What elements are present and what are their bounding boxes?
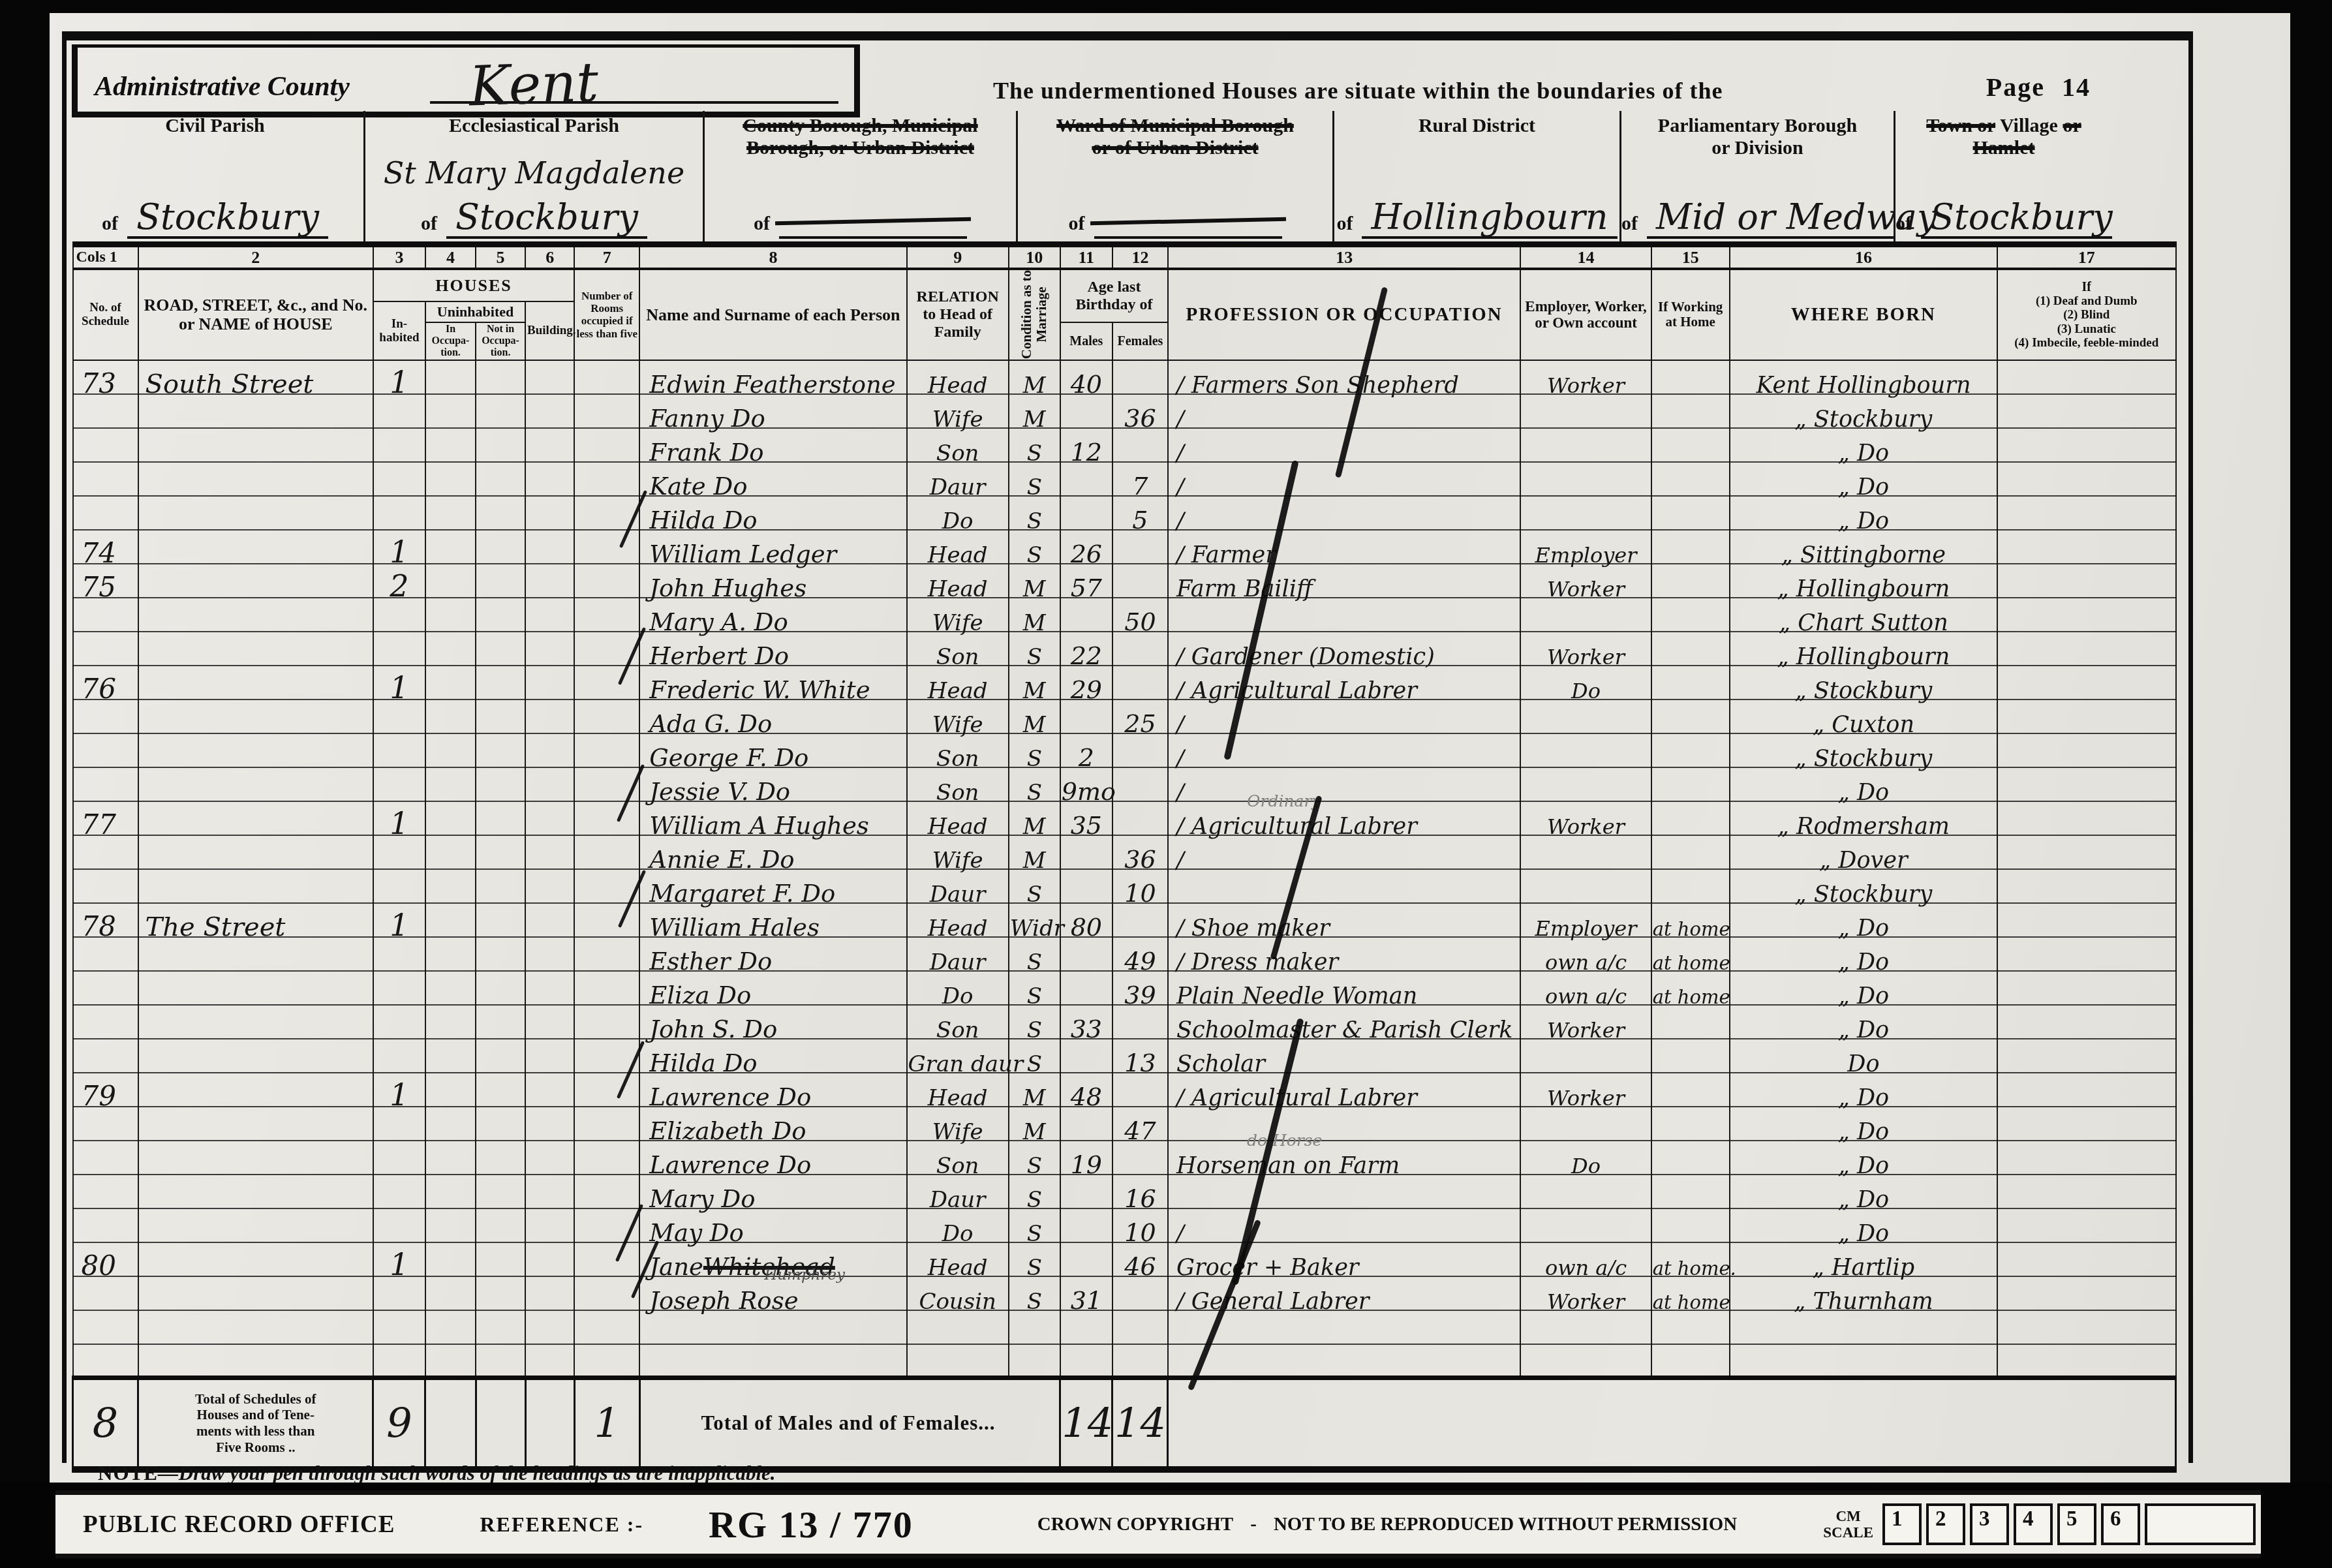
cell-in-occupation	[425, 801, 476, 835]
cell-where-born: „ Do	[1730, 1208, 1997, 1242]
cell-age-female	[1112, 564, 1168, 598]
cell-occupation: ∕	[1168, 699, 1521, 733]
cell-occupation	[1168, 1175, 1521, 1208]
cell-at-home	[1651, 598, 1730, 632]
cell-schedule	[73, 428, 138, 462]
cell-condition: S	[1009, 1276, 1060, 1310]
cell-age-female: 36	[1112, 394, 1168, 428]
cell-in-occupation	[425, 360, 476, 394]
admin-county-label: Administrative County	[95, 71, 350, 102]
cell-where-born	[1730, 1310, 1997, 1344]
cell-road	[138, 801, 373, 835]
cell-building	[525, 1242, 574, 1276]
cell-rooms	[574, 360, 639, 394]
cell-condition: S	[1009, 869, 1060, 903]
cell-occupation: Scholar	[1168, 1039, 1521, 1073]
header-rooms: Number of Rooms occupied if less than fi…	[574, 269, 639, 360]
cell-schedule	[73, 835, 138, 869]
cell-at-home	[1651, 632, 1730, 666]
column-number-row: Cols 1234567891011121314151617	[73, 245, 2176, 269]
cell-age-male: 2	[1060, 733, 1112, 767]
cell-building	[525, 767, 574, 801]
cell-age-female: 50	[1112, 598, 1168, 632]
cell-name	[639, 1310, 906, 1344]
cell-occupation: ∕ Shoe maker	[1168, 903, 1521, 937]
column-number: 6	[525, 245, 574, 269]
cell-in-occupation	[425, 496, 476, 530]
cell-age-male	[1060, 869, 1112, 903]
cell-name	[639, 1344, 906, 1378]
cell-inhabited	[373, 428, 425, 462]
census-table: Cols 1234567891011121314151617 No. of Sc…	[72, 241, 2177, 1473]
cell-infirmity	[1997, 1073, 2175, 1107]
cell-name: John Hughes	[639, 564, 906, 598]
cell-not-in-occupation	[476, 971, 525, 1005]
cell-relation	[907, 1310, 1009, 1344]
cell-name: Esther Do	[639, 937, 906, 971]
cell-not-in-occupation	[476, 1107, 525, 1141]
cell-in-occupation	[425, 1310, 476, 1344]
cell-age-female	[1112, 801, 1168, 835]
cell-condition: M	[1009, 835, 1060, 869]
cell-occupation: ∕ Agricultural Labrer	[1168, 1073, 1521, 1107]
cell-condition: Widr	[1009, 903, 1060, 937]
cell-road	[138, 428, 373, 462]
district-value: Stockbury	[1921, 200, 2112, 239]
cell-at-home	[1651, 428, 1730, 462]
district-county-borough: County Borough, MunicipalBorough, or Urb…	[703, 111, 1016, 241]
cell-in-occupation	[425, 394, 476, 428]
cell-employment: own a/c	[1520, 937, 1651, 971]
cell-where-born: „ Hollingbourn	[1730, 632, 1997, 666]
cell-age-male: 29	[1060, 666, 1112, 699]
cell-age-male: 33	[1060, 1005, 1112, 1039]
cell-relation: Wife	[907, 1107, 1009, 1141]
cell-name: Herbert Do	[639, 632, 906, 666]
cell-rooms	[574, 733, 639, 767]
cell-relation: Head	[907, 1242, 1009, 1276]
district-value: Mid or Medway	[1647, 200, 1894, 239]
header-inhabited: In- habited	[373, 301, 425, 360]
cell-road	[138, 564, 373, 598]
cell-where-born: „ Stockbury	[1730, 869, 1997, 903]
cm-scale-label: CMSCALE	[1823, 1508, 1873, 1541]
cell-building	[525, 564, 574, 598]
cell-rooms	[574, 835, 639, 869]
cell-not-in-occupation	[476, 1039, 525, 1073]
cell-inhabited	[373, 835, 425, 869]
cell-infirmity	[1997, 903, 2175, 937]
cell-at-home	[1651, 1344, 1730, 1378]
cell-schedule	[73, 971, 138, 1005]
column-number: 16	[1730, 245, 1997, 269]
cell-occupation: ∕	[1168, 394, 1521, 428]
totals-schedule: 8	[73, 1378, 138, 1469]
cell-where-born: Kent Hollingbourn	[1730, 360, 1997, 394]
cell-building	[525, 632, 574, 666]
cell-not-in-occupation	[476, 1141, 525, 1175]
cell-not-in-occupation	[476, 666, 525, 699]
cell-relation: Head	[907, 360, 1009, 394]
cell-road	[138, 394, 373, 428]
header-where-born: WHERE BORN	[1730, 269, 1997, 360]
cell-not-in-occupation	[476, 767, 525, 801]
cell-not-in-occupation	[476, 1005, 525, 1039]
cell-building	[525, 1310, 574, 1344]
cell-condition: M	[1009, 598, 1060, 632]
cell-condition: S	[1009, 1039, 1060, 1073]
cell-employment	[1520, 496, 1651, 530]
cell-employment: Worker	[1520, 1005, 1651, 1039]
of-label: of	[1336, 213, 1353, 239]
table-row: 801Jane WhiteheadHumphreyHeadS46Grocer +…	[73, 1242, 2176, 1276]
cell-not-in-occupation	[476, 462, 525, 496]
cell-relation: Son	[907, 428, 1009, 462]
cell-age-male	[1060, 699, 1112, 733]
cell-at-home	[1651, 869, 1730, 903]
cell-age-male	[1060, 1175, 1112, 1208]
column-number: 4	[425, 245, 476, 269]
cell-in-occupation	[425, 937, 476, 971]
cell-road	[138, 1344, 373, 1378]
cell-age-male	[1060, 1310, 1112, 1344]
cell-age-male: 80	[1060, 903, 1112, 937]
cell-inhabited	[373, 394, 425, 428]
cell-condition: S	[1009, 733, 1060, 767]
header-uninhabited: Uninhabited	[425, 301, 525, 322]
cell-at-home	[1651, 530, 1730, 564]
cell-employment	[1520, 1039, 1651, 1073]
cell-employment: Worker	[1520, 1073, 1651, 1107]
of-label: of	[102, 213, 118, 239]
of-label: of	[1895, 213, 1912, 239]
table-row: John S. DoSonS33Schoolmaster & Parish Cl…	[73, 1005, 2176, 1039]
header-employer: Employer, Worker, or Own account	[1520, 269, 1651, 360]
cell-occupation: ∕	[1168, 835, 1521, 869]
cell-in-occupation	[425, 1073, 476, 1107]
totals-building	[525, 1378, 574, 1469]
cell-at-home	[1651, 767, 1730, 801]
column-number: 13	[1168, 245, 1521, 269]
cell-relation: Wife	[907, 598, 1009, 632]
cell-relation: Head	[907, 801, 1009, 835]
cell-name: George F. Do	[639, 733, 906, 767]
cell-road	[138, 937, 373, 971]
cell-condition: M	[1009, 1073, 1060, 1107]
footer-copyright: CROWN COPYRIGHT	[1037, 1514, 1233, 1535]
cell-age-male: 19	[1060, 1141, 1112, 1175]
cell-employment	[1520, 462, 1651, 496]
district-label: County Borough, MunicipalBorough, or Urb…	[705, 115, 1016, 159]
districts-band: Civil ParishofStockburyEcclesiastical Pa…	[67, 111, 2179, 241]
cell-name: Fanny Do	[639, 394, 906, 428]
cell-condition: S	[1009, 632, 1060, 666]
cell-at-home	[1651, 496, 1730, 530]
header-females: Females	[1112, 322, 1168, 360]
cell-where-born: „ Dover	[1730, 835, 1997, 869]
cell-occupation	[1168, 598, 1521, 632]
cell-name: Annie E. Do	[639, 835, 906, 869]
cell-name: Margaret F. Do	[639, 869, 906, 903]
cell-infirmity	[1997, 360, 2175, 394]
column-number: Cols 1	[73, 245, 138, 269]
cell-occupation: ∕ Agricultural LabrerOrdinary	[1168, 801, 1521, 835]
column-number: 14	[1520, 245, 1651, 269]
cell-inhabited	[373, 699, 425, 733]
cell-not-in-occupation	[476, 530, 525, 564]
cell-relation: Head	[907, 1073, 1009, 1107]
cell-name: Elizabeth Do	[639, 1107, 906, 1141]
table-row: Joseph RoseCousinS31∕ General LabrerWork…	[73, 1276, 2176, 1310]
cell-age-male	[1060, 1208, 1112, 1242]
table-row: 752John HughesHeadM57Farm BailiffWorker„…	[73, 564, 2176, 598]
cell-at-home	[1651, 394, 1730, 428]
cell-age-male: 9mo	[1060, 767, 1112, 801]
cell-inhabited	[373, 1310, 425, 1344]
cell-where-born: „ Do	[1730, 767, 1997, 801]
cell-where-born: „ Do	[1730, 903, 1997, 937]
cell-not-in-occupation	[476, 835, 525, 869]
cell-relation: Daur	[907, 869, 1009, 903]
footer-cm-scale: CMSCALE 123456	[1823, 1503, 2256, 1545]
cell-employment: Employer	[1520, 530, 1651, 564]
cell-employment	[1520, 869, 1651, 903]
cell-schedule	[73, 733, 138, 767]
cell-where-born: „ Chart Sutton	[1730, 598, 1997, 632]
cell-inhabited: 1	[373, 360, 425, 394]
cell-infirmity	[1997, 1208, 2175, 1242]
cell-age-female	[1112, 767, 1168, 801]
cell-condition: M	[1009, 360, 1060, 394]
district-ward: Ward of Municipal Boroughor of Urban Dis…	[1016, 111, 1332, 241]
admin-county-box: Administrative County Kent	[72, 44, 860, 117]
cell-in-occupation	[425, 767, 476, 801]
cell-where-born: „ Do	[1730, 1073, 1997, 1107]
cell-inhabited: 1	[373, 903, 425, 937]
district-value: Stockbury	[446, 200, 647, 239]
cell-schedule	[73, 767, 138, 801]
cell-road	[138, 666, 373, 699]
cell-name: John S. Do	[639, 1005, 906, 1039]
column-number: 11	[1060, 245, 1112, 269]
cell-schedule	[73, 632, 138, 666]
district-label: Civil Parish	[67, 115, 363, 137]
cell-infirmity	[1997, 869, 2175, 903]
cell-name: Frederic W. White	[639, 666, 906, 699]
cell-not-in-occupation	[476, 1073, 525, 1107]
cell-name: Lawrence Do	[639, 1073, 906, 1107]
cell-inhabited	[373, 462, 425, 496]
header-infirmity-title: If	[1999, 280, 2173, 294]
cell-employment: Employer	[1520, 903, 1651, 937]
cell-age-female: 25	[1112, 699, 1168, 733]
cell-not-in-occupation	[476, 496, 525, 530]
cell-building	[525, 360, 574, 394]
cell-infirmity	[1997, 1276, 2175, 1310]
cell-name: Jane WhiteheadHumphrey	[639, 1242, 906, 1276]
table-row: Herbert DoSonS22∕ Gardener (Domestic)Wor…	[73, 632, 2176, 666]
cell-inhabited	[373, 869, 425, 903]
cell-not-in-occupation	[476, 733, 525, 767]
cell-employment: Worker	[1520, 360, 1651, 394]
table-header: Cols 1234567891011121314151617 No. of Sc…	[73, 245, 2176, 360]
cell-age-male: 12	[1060, 428, 1112, 462]
cell-at-home	[1651, 801, 1730, 835]
cell-relation: Son	[907, 1005, 1009, 1039]
cell-condition: M	[1009, 699, 1060, 733]
table-row: Eliza DoDoS39Plain Needle Womanown a/cat…	[73, 971, 2176, 1005]
cell-road	[138, 971, 373, 1005]
header-condition: Condition as to Marriage	[1009, 269, 1060, 360]
cell-inhabited	[373, 767, 425, 801]
cell-not-in-occupation	[476, 598, 525, 632]
cell-where-born	[1730, 1344, 1997, 1378]
cell-inhabited	[373, 1005, 425, 1039]
situate-line: The undermentioned Houses are situate wi…	[993, 77, 1723, 104]
cell-relation: Son	[907, 1141, 1009, 1175]
cell-schedule: 79	[73, 1073, 138, 1107]
cell-building	[525, 699, 574, 733]
cell-age-male: 57	[1060, 564, 1112, 598]
cell-infirmity	[1997, 564, 2175, 598]
cell-name: William A Hughes	[639, 801, 906, 835]
cell-occupation: ∕	[1168, 1208, 1521, 1242]
cell-rooms	[574, 903, 639, 937]
cell-employment	[1520, 1175, 1651, 1208]
cell-infirmity	[1997, 598, 2175, 632]
cell-at-home: at home	[1651, 1276, 1730, 1310]
cell-employment: Worker	[1520, 1276, 1651, 1310]
page-value: 14	[2062, 72, 2091, 102]
cell-where-born: „ Thurnham	[1730, 1276, 1997, 1310]
cell-building	[525, 1344, 574, 1378]
cell-infirmity	[1997, 1039, 2175, 1073]
cell-rooms	[574, 1276, 639, 1310]
cell-condition: M	[1009, 564, 1060, 598]
cell-not-in-occupation	[476, 1208, 525, 1242]
cell-employment: own a/c	[1520, 971, 1651, 1005]
cell-employment	[1520, 1107, 1651, 1141]
table-row: 791Lawrence DoHeadM48∕ Agricultural Labr…	[73, 1073, 2176, 1107]
cell-road	[138, 767, 373, 801]
cm-scale-ticks: 123456	[1882, 1503, 2256, 1545]
archive-footer-strip: PUBLIC RECORD OFFICE REFERENCE :- RG 13 …	[55, 1490, 2261, 1558]
header-houses: HOUSES	[373, 269, 574, 301]
cell-schedule	[73, 1107, 138, 1141]
cell-age-female	[1112, 360, 1168, 394]
cell-name: Mary A. Do	[639, 598, 906, 632]
district-ecclesiastical-parish: Ecclesiastical ParishSt Mary Magdaleneof…	[363, 111, 703, 241]
table-row: Frank DoSonS12∕„ Do	[73, 428, 2176, 462]
cell-inhabited: 1	[373, 801, 425, 835]
cell-road	[138, 1208, 373, 1242]
cell-rooms	[574, 1005, 639, 1039]
cell-not-in-occupation	[476, 564, 525, 598]
cell-where-born: „ Do	[1730, 971, 1997, 1005]
district-value	[779, 205, 967, 239]
cell-road	[138, 1141, 373, 1175]
cell-building	[525, 1039, 574, 1073]
cell-condition: S	[1009, 428, 1060, 462]
cell-in-occupation	[425, 462, 476, 496]
cell-at-home	[1651, 699, 1730, 733]
cell-employment	[1520, 1310, 1651, 1344]
cell-inhabited	[373, 1039, 425, 1073]
cell-not-in-occupation	[476, 1175, 525, 1208]
cell-rooms	[574, 598, 639, 632]
totals-section: 8 Total of Schedules ofHouses and of Ten…	[73, 1378, 2176, 1469]
footer-band: PUBLIC RECORD OFFICE REFERENCE :- RG 13 …	[0, 1483, 2332, 1568]
cell-name: Frank Do	[639, 428, 906, 462]
cell-age-female: 5	[1112, 496, 1168, 530]
cell-at-home	[1651, 1073, 1730, 1107]
cell-infirmity	[1997, 699, 2175, 733]
district-value: Stockbury	[127, 200, 328, 239]
cell-in-occupation	[425, 1208, 476, 1242]
cell-relation: Do	[907, 1208, 1009, 1242]
cell-at-home	[1651, 564, 1730, 598]
cell-in-occupation	[425, 530, 476, 564]
cell-building	[525, 530, 574, 564]
district-label: Ward of Municipal Boroughor of Urban Dis…	[1018, 115, 1332, 159]
cell-infirmity	[1997, 801, 2175, 835]
cell-rooms	[574, 801, 639, 835]
cell-in-occupation	[425, 971, 476, 1005]
cell-occupation: Grocer + Baker	[1168, 1242, 1521, 1276]
cell-rooms	[574, 1208, 639, 1242]
cell-employment	[1520, 598, 1651, 632]
cell-building	[525, 1208, 574, 1242]
cell-not-in-occupation	[476, 1310, 525, 1344]
header-profession: PROFESSION OR OCCUPATION	[1168, 269, 1521, 360]
cell-condition: S	[1009, 1242, 1060, 1276]
cell-age-female	[1112, 1073, 1168, 1107]
cell-road	[138, 1310, 373, 1344]
cell-where-born: „ Stockbury	[1730, 394, 1997, 428]
column-number: 15	[1651, 245, 1730, 269]
cell-rooms	[574, 971, 639, 1005]
cell-relation: Head	[907, 564, 1009, 598]
cell-road	[138, 869, 373, 903]
cell-infirmity	[1997, 1141, 2175, 1175]
cell-schedule: 78	[73, 903, 138, 937]
cell-at-home	[1651, 1310, 1730, 1344]
cell-rooms	[574, 937, 639, 971]
cell-not-in-occupation	[476, 1242, 525, 1276]
cell-relation: Gran daur	[907, 1039, 1009, 1073]
cell-schedule	[73, 1310, 138, 1344]
cell-age-female: 13	[1112, 1039, 1168, 1073]
cell-age-male: 35	[1060, 801, 1112, 835]
cell-schedule	[73, 1208, 138, 1242]
column-number: 9	[907, 245, 1009, 269]
cell-schedule	[73, 496, 138, 530]
district-parliamentary-borough: Parliamentary Boroughor DivisionofMid or…	[1619, 111, 1894, 241]
cell-infirmity	[1997, 1005, 2175, 1039]
cell-schedule: 73	[73, 360, 138, 394]
cell-occupation	[1168, 1344, 1521, 1378]
cell-schedule: 74	[73, 530, 138, 564]
cell-where-born: Do	[1730, 1039, 1997, 1073]
cell-name: May Do	[639, 1208, 906, 1242]
cell-building	[525, 835, 574, 869]
cell-infirmity	[1997, 666, 2175, 699]
cm-scale-tick: 5	[2057, 1503, 2096, 1545]
cell-age-male: 48	[1060, 1073, 1112, 1107]
cell-relation: Do	[907, 496, 1009, 530]
cell-rooms	[574, 530, 639, 564]
cell-condition: S	[1009, 1175, 1060, 1208]
